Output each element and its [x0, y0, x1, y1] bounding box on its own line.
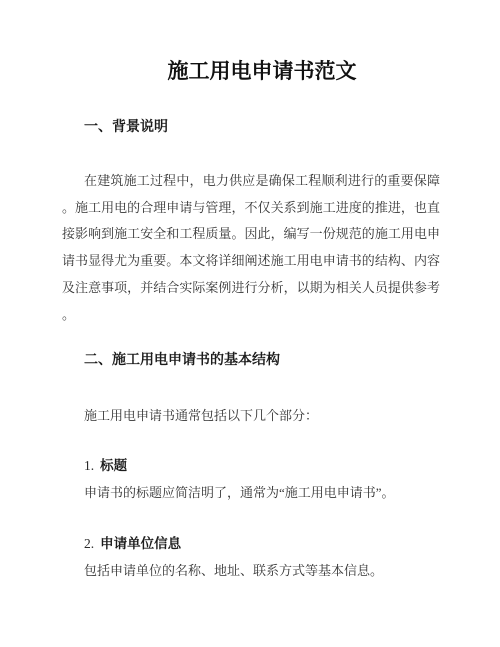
item-2-description: 包括申请单位的名称、地址、联系方式等基本信息。 — [62, 558, 440, 585]
document-page: 施工用电申请书范文 一、背景说明 在建筑施工过程中，电力供应是确保工程顺利进行的… — [0, 0, 500, 647]
item-1-number: 1. — [84, 458, 94, 473]
paragraph-line: 接影响到施工安全和工程质量。因此，编写一份规范的施工用电申 — [62, 221, 440, 248]
document-content: 施工用电申请书范文 一、背景说明 在建筑施工过程中，电力供应是确保工程顺利进行的… — [0, 0, 500, 584]
structure-intro-paragraph: 施工用电申请书通常包括以下几个部分： — [62, 406, 440, 426]
item-1-title: 标题 — [100, 458, 127, 473]
item-2-title: 申请单位信息 — [100, 536, 181, 551]
paragraph-line: 。 — [62, 302, 440, 329]
item-2-heading: 2.申请单位信息 — [62, 531, 440, 558]
section-heading-background: 一、背景说明 — [62, 120, 440, 136]
item-2-number: 2. — [84, 536, 94, 551]
background-paragraph: 在建筑施工过程中，电力供应是确保工程顺利进行的重要保障 。施工用电的合理申请与管… — [62, 168, 440, 328]
item-1-description: 申请书的标题应简洁明了，通常为“施工用电申请书”。 — [62, 480, 440, 507]
document-title: 施工用电申请书范文 — [62, 0, 440, 86]
paragraph-line: 请书显得尤为重要。本文将详细阐述施工用电申请书的结构、内容 — [62, 248, 440, 275]
item-1-heading: 1.标题 — [62, 453, 440, 480]
paragraph-line: 在建筑施工过程中，电力供应是确保工程顺利进行的重要保障 — [62, 168, 440, 195]
structure-item-2: 2.申请单位信息 包括申请单位的名称、地址、联系方式等基本信息。 — [62, 531, 440, 584]
structure-item-1: 1.标题 申请书的标题应简洁明了，通常为“施工用电申请书”。 — [62, 453, 440, 506]
paragraph-line: 。施工用电的合理申请与管理，不仅关系到施工进度的推进，也直 — [62, 195, 440, 222]
paragraph-line: 及注意事项，并结合实际案例进行分析，以期为相关人员提供参考 — [62, 275, 440, 302]
section-heading-structure: 二、施工用电申请书的基本结构 — [62, 353, 440, 369]
